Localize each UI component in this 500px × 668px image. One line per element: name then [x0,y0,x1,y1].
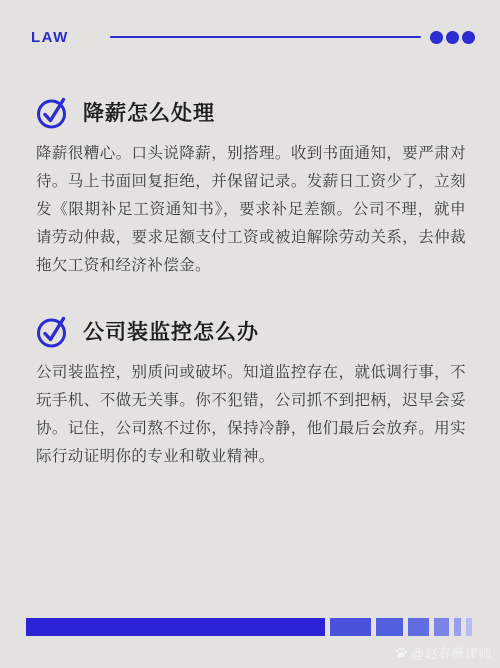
footer-bars [26,618,472,636]
paw-icon [394,646,408,660]
section-body: 公司装监控，别质问或破坏。知道监控存在，就低调行事，不玩手机、不做无关事。你不犯… [36,359,466,471]
brand-label: LAW [31,30,69,45]
poster-page: LAW 降薪怎么处理 降薪很糟心。口头说降薪，别搭理。收到书面通知，要严肃对待。… [0,0,500,668]
footer-bar [376,618,403,636]
header: LAW [0,0,500,46]
footer-bar [330,618,371,636]
watermark: @赵春薇律师 [394,643,492,662]
footer-bar [408,618,429,636]
section-salary-cut: 降薪怎么处理 降薪很糟心。口头说降薪，别搭理。收到书面通知，要严肃对待。马上书面… [0,94,500,280]
three-dots-icon [430,31,475,44]
footer-bar [454,618,461,636]
header-rule [110,36,421,38]
section-title: 公司装监控怎么办 [83,316,259,346]
section-salary-cut-head: 降薪怎么处理 [36,94,466,130]
section-surveillance: 公司装监控怎么办 公司装监控，别质问或破坏。知道监控存在，就低调行事，不玩手机、… [0,313,500,471]
watermark-text: @赵春薇律师 [411,643,492,662]
check-circle-icon [36,94,70,130]
section-title: 降薪怎么处理 [83,97,215,127]
section-body: 降薪很糟心。口头说降薪，别搭理。收到书面通知，要严肃对待。马上书面回复拒绝，并保… [36,140,466,280]
footer-bar [466,618,472,636]
check-circle-icon [36,313,70,349]
footer-bar [434,618,449,636]
section-surveillance-head: 公司装监控怎么办 [36,313,466,349]
footer-bar [26,618,325,636]
